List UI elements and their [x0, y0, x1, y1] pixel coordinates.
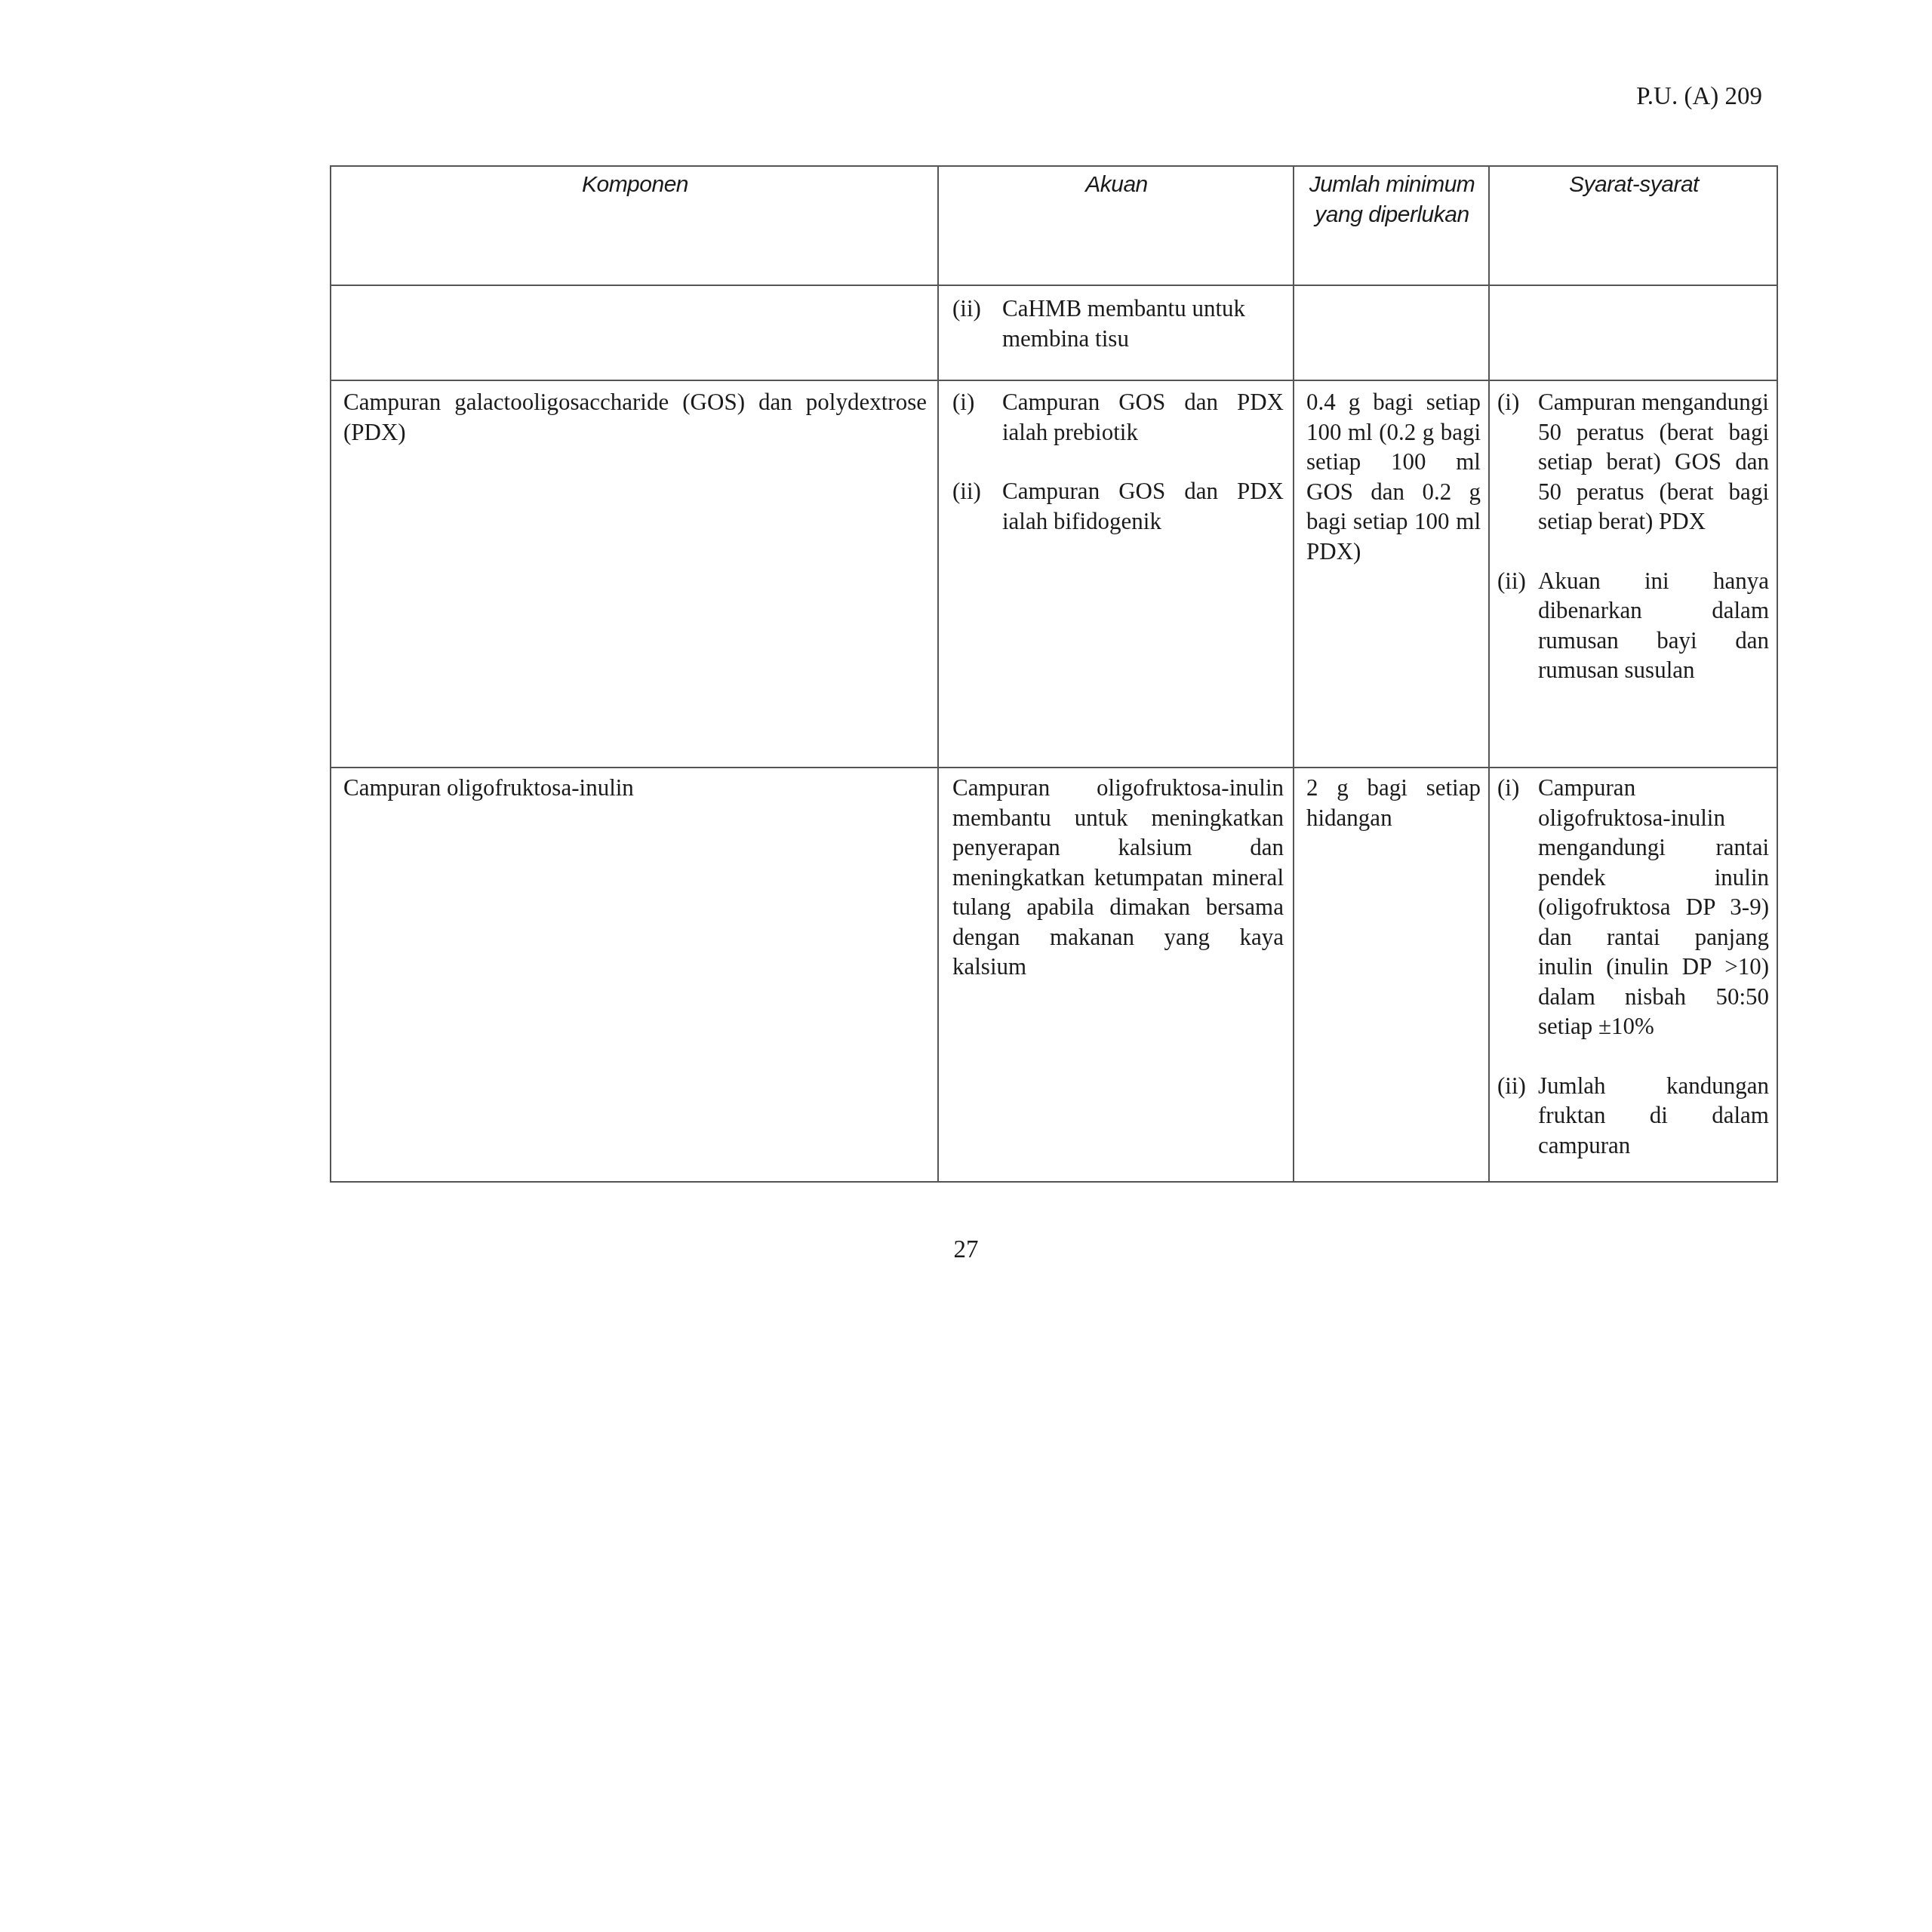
- header-jumlah: Jumlah minimum yang diperlukan: [1294, 166, 1489, 285]
- table-row: (ii) CaHMB membantu untuk membina tisu: [331, 285, 1777, 380]
- page-number: 27: [928, 1235, 1004, 1265]
- cell-akuan: Campuran oligofruktosa-inulin membantu u…: [938, 768, 1294, 1182]
- claims-table: Komponen Akuan Jumlah minimum yang diper…: [330, 165, 1778, 1183]
- item-text: Jumlah kandungan fruktan di dalam campur…: [1538, 1071, 1769, 1161]
- header-akuan: Akuan: [938, 166, 1294, 285]
- item-marker: (i): [1497, 773, 1538, 803]
- header-syarat: Syarat-syarat: [1489, 166, 1777, 285]
- condition-item: (i) Campuran mengandungi 50 peratus (ber…: [1497, 387, 1769, 537]
- jumlah-text: 2 g bagi setiap hidangan: [1306, 773, 1481, 832]
- komponen-text: Campuran galactooligosaccharide (GOS) da…: [343, 387, 927, 447]
- item-text: Akuan ini hanya dibenarkan dalam rumusan…: [1538, 566, 1769, 685]
- condition-item: (ii) Akuan ini hanya dibenarkan dalam ru…: [1497, 566, 1769, 685]
- cell-syarat: [1489, 285, 1777, 380]
- table-row: Campuran oligofruktosa-inulin Campuran o…: [331, 768, 1777, 1182]
- item-marker: (ii): [1497, 1071, 1538, 1101]
- item-text: Campuran mengandungi 50 peratus (berat b…: [1538, 387, 1769, 537]
- cell-komponen: [331, 285, 938, 380]
- cell-komponen: Campuran oligofruktosa-inulin: [331, 768, 938, 1182]
- header-komponen: Komponen: [331, 166, 938, 285]
- cell-syarat: (i) Campuran oligofruktosa-inulin mengan…: [1489, 768, 1777, 1182]
- cell-akuan: (i) Campuran GOS dan PDX ialah prebiotik…: [938, 380, 1294, 768]
- jumlah-text: 0.4 g bagi setiap 100 ml (0.2 g bagi set…: [1306, 387, 1481, 566]
- cell-akuan: (ii) CaHMB membantu untuk membina tisu: [938, 285, 1294, 380]
- claim-item: (ii) CaHMB membantu untuk membina tisu: [952, 294, 1284, 353]
- komponen-text: Campuran oligofruktosa-inulin: [343, 773, 927, 803]
- item-marker: (ii): [952, 294, 1002, 324]
- page-reference: P.U. (A) 209: [1636, 82, 1762, 112]
- item-marker: (i): [952, 387, 1002, 417]
- cell-komponen: Campuran galactooligosaccharide (GOS) da…: [331, 380, 938, 768]
- akuan-text: Campuran oligofruktosa-inulin membantu u…: [952, 773, 1284, 982]
- cell-jumlah: 2 g bagi setiap hidangan: [1294, 768, 1489, 1182]
- item-marker: (i): [1497, 387, 1538, 417]
- claim-item: (ii) Campuran GOS dan PDX ialah bifidoge…: [952, 476, 1284, 536]
- item-marker: (ii): [952, 476, 1002, 506]
- claim-item: (i) Campuran GOS dan PDX ialah prebiotik: [952, 387, 1284, 447]
- item-marker: (ii): [1497, 566, 1538, 596]
- condition-item: (i) Campuran oligofruktosa-inulin mengan…: [1497, 773, 1769, 1041]
- table-row: Campuran galactooligosaccharide (GOS) da…: [331, 380, 1777, 768]
- cell-syarat: (i) Campuran mengandungi 50 peratus (ber…: [1489, 380, 1777, 768]
- item-text: Campuran oligofruktosa-inulin mengandung…: [1538, 773, 1769, 1041]
- table-header-row: Komponen Akuan Jumlah minimum yang diper…: [331, 166, 1777, 285]
- item-text: Campuran GOS dan PDX ialah bifidogenik: [1002, 476, 1284, 536]
- condition-item: (ii) Jumlah kandungan fruktan di dalam c…: [1497, 1071, 1769, 1161]
- cell-jumlah: [1294, 285, 1489, 380]
- cell-jumlah: 0.4 g bagi setiap 100 ml (0.2 g bagi set…: [1294, 380, 1489, 768]
- item-text: Campuran GOS dan PDX ialah prebiotik: [1002, 387, 1284, 447]
- item-text: CaHMB membantu untuk membina tisu: [1002, 294, 1284, 353]
